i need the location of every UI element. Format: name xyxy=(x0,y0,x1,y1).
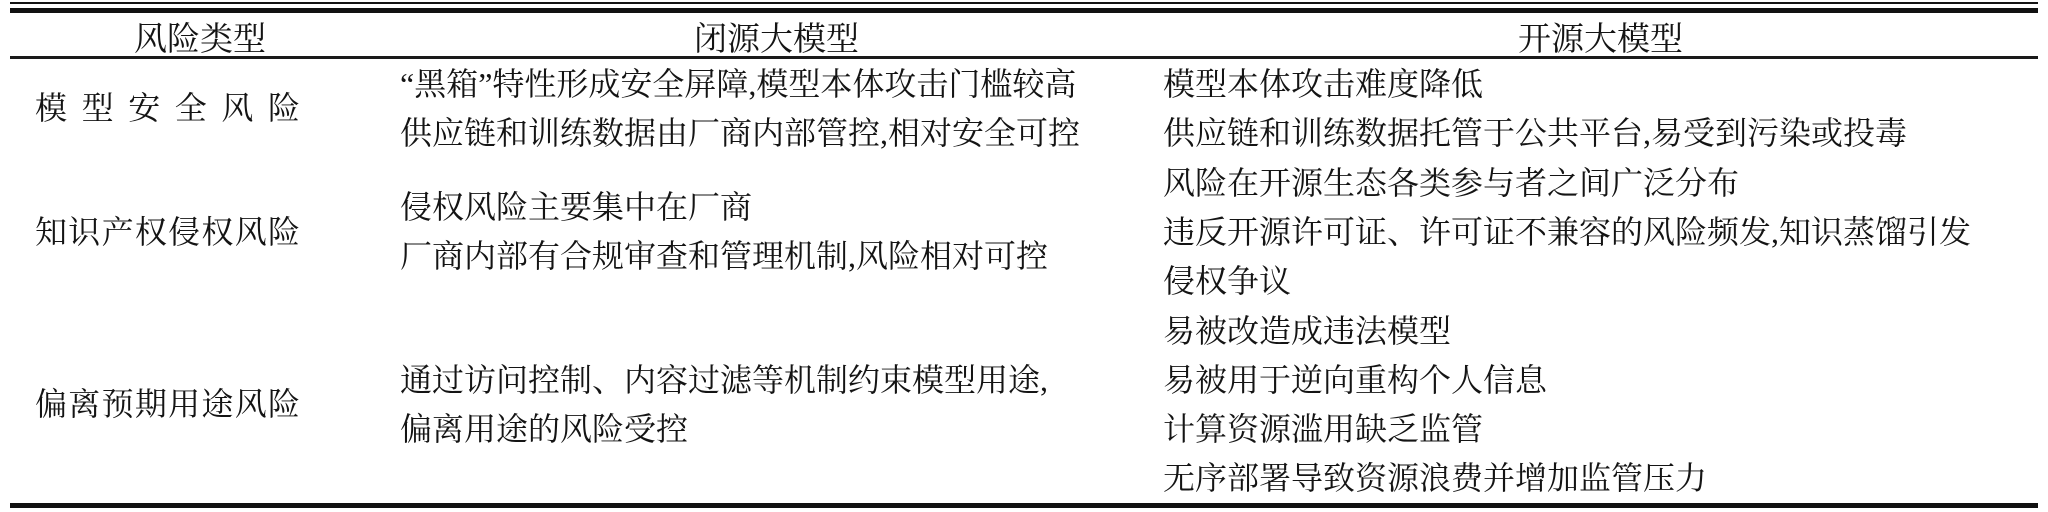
open-source-cell: 易被改造成违法模型 易被用于逆向重构个人信息 计算资源滥用缺乏监管 无序部署导致… xyxy=(1163,306,2038,503)
risk-type-cell: 偏离预期用途风险 xyxy=(10,306,390,503)
table-row-ip-infringement: 知识产权侵权风险 侵权风险主要集中在厂商 厂商内部有合规审查和管理机制,风险相对… xyxy=(10,158,2038,306)
open-source-line: 易被改造成违法模型 xyxy=(1163,307,2038,356)
open-source-line: 易被用于逆向重构个人信息 xyxy=(1163,356,2038,405)
header-risk-type: 风险类型 xyxy=(10,13,390,60)
risk-comparison-page: 风险类型 闭源大模型 开源大模型 模型安全风险 “黑箱”特性形成安全屏障,模型本… xyxy=(0,0,2048,512)
open-source-line: 侵权争议 xyxy=(1163,257,2038,306)
table-row-model-security: 模型安全风险 “黑箱”特性形成安全屏障,模型本体攻击门槛较高 供应链和训练数据由… xyxy=(10,59,2038,158)
risk-type-label: 模型安全风险 xyxy=(35,84,300,133)
closed-source-cell: 侵权风险主要集中在厂商 厂商内部有合规审查和管理机制,风险相对可控 xyxy=(390,158,1163,306)
closed-source-line: 厂商内部有合规审查和管理机制,风险相对可控 xyxy=(400,232,1163,281)
open-source-line: 无序部署导致资源浪费并增加监管压力 xyxy=(1163,454,2038,503)
header-closed-source: 闭源大模型 xyxy=(390,13,1163,60)
open-source-cell: 模型本体攻击难度降低 供应链和训练数据托管于公共平台,易受到污染或投毒 xyxy=(1163,59,2038,158)
risk-type-label: 知识产权侵权风险 xyxy=(35,208,300,257)
open-source-line: 违反开源许可证、许可证不兼容的风险频发,知识蒸馏引发 xyxy=(1163,208,2038,257)
open-source-line: 模型本体攻击难度降低 xyxy=(1163,60,2038,109)
risk-type-label: 偏离预期用途风险 xyxy=(35,380,300,429)
open-source-line: 供应链和训练数据托管于公共平台,易受到污染或投毒 xyxy=(1163,109,2038,158)
closed-source-line: 侵权风险主要集中在厂商 xyxy=(400,183,1163,232)
closed-source-line: 偏离用途的风险受控 xyxy=(400,405,1163,454)
risk-type-cell: 模型安全风险 xyxy=(10,59,390,158)
closed-source-line: “黑箱”特性形成安全屏障,模型本体攻击门槛较高 xyxy=(400,60,1163,109)
open-source-line: 风险在开源生态各类参与者之间广泛分布 xyxy=(1163,159,2038,208)
risk-comparison-table: 风险类型 闭源大模型 开源大模型 模型安全风险 “黑箱”特性形成安全屏障,模型本… xyxy=(10,0,2038,508)
risk-type-cell: 知识产权侵权风险 xyxy=(10,158,390,306)
closed-source-line: 供应链和训练数据由厂商内部管控,相对安全可控 xyxy=(400,109,1163,158)
bottom-rule xyxy=(10,503,2038,508)
table-header-row: 风险类型 闭源大模型 开源大模型 xyxy=(10,13,2038,56)
open-source-cell: 风险在开源生态各类参与者之间广泛分布 违反开源许可证、许可证不兼容的风险频发,知… xyxy=(1163,158,2038,306)
closed-source-cell: 通过访问控制、内容过滤等机制约束模型用途, 偏离用途的风险受控 xyxy=(390,306,1163,503)
table-row-deviation-from-intended-use: 偏离预期用途风险 通过访问控制、内容过滤等机制约束模型用途, 偏离用途的风险受控… xyxy=(10,306,2038,503)
open-source-line: 计算资源滥用缺乏监管 xyxy=(1163,405,2038,454)
closed-source-cell: “黑箱”特性形成安全屏障,模型本体攻击门槛较高 供应链和训练数据由厂商内部管控,… xyxy=(390,59,1163,158)
header-open-source: 开源大模型 xyxy=(1163,13,2038,60)
closed-source-line: 通过访问控制、内容过滤等机制约束模型用途, xyxy=(400,356,1163,405)
